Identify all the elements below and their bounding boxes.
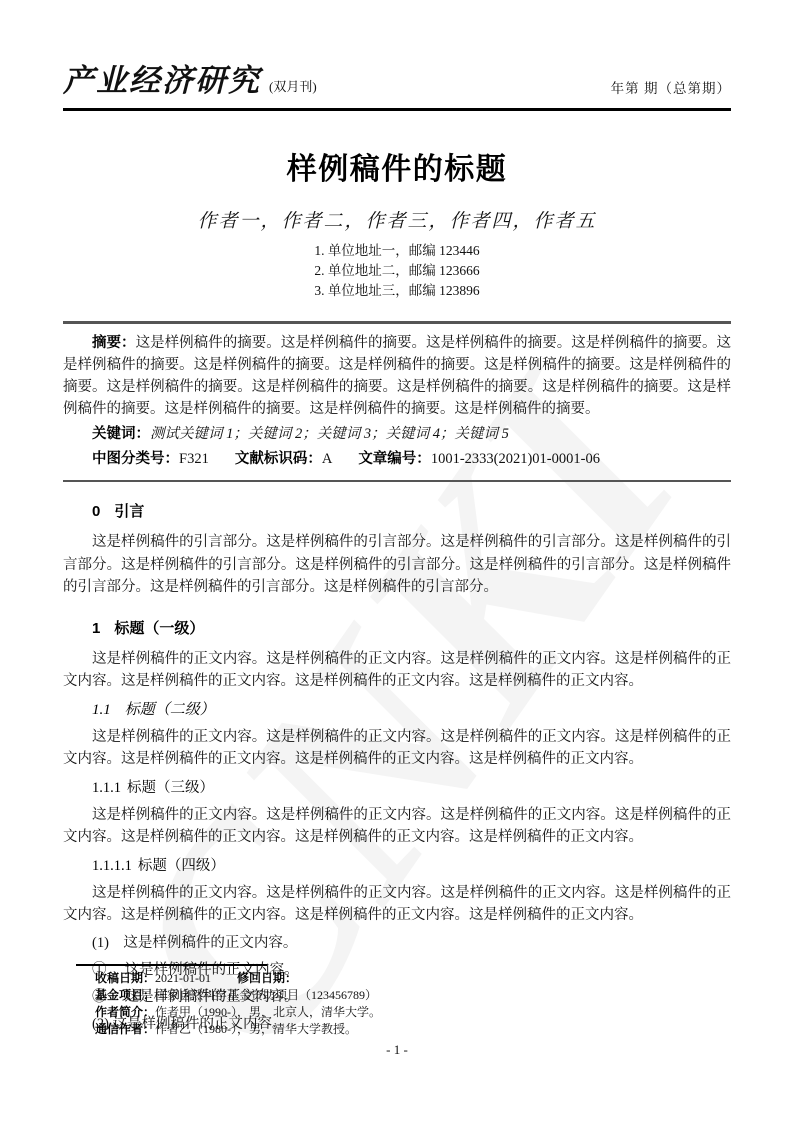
document-page: CNKI 产业经济研究 (双月刊) 年第 期（总第期） 样例稿件的标题 作者一，…: [0, 0, 794, 1123]
keywords-label: 关键词：: [92, 426, 150, 442]
affiliation-line: 1. 单位地址一，邮编 123446: [63, 241, 731, 261]
affiliation-line: 2. 单位地址二，邮编 123666: [63, 261, 731, 281]
issue-info: 年第 期（总第期）: [611, 77, 731, 100]
abstract-paragraph: 摘要：这是样例稿件的摘要。这是样例稿件的摘要。这是样例稿件的摘要。这是样例稿件的…: [63, 332, 731, 420]
footnote-dates: 收稿日期：2021-01-01修回日期：: [95, 970, 731, 987]
keywords-line: 关键词：测试关键词 1；关键词 2；关键词 3；关键词 4；关键词 5: [63, 422, 731, 446]
section-title: 引言: [114, 503, 144, 520]
authors-line: 作者一，作者二，作者三，作者四，作者五: [63, 206, 731, 233]
doc-code-pair: 文献标识码：A: [235, 451, 332, 467]
journal-masthead: 产业经济研究 (双月刊): [63, 55, 317, 100]
author-bio-value: 作者甲（1990-），男，北京人，清华大学。: [155, 1005, 381, 1019]
doc-code-value: A: [322, 451, 332, 467]
section-title: 标题（二级）: [125, 702, 215, 718]
section-title: 标题（四级）: [138, 858, 225, 874]
corresponding-value: 作者乙（1980-），男，清华大学教授。: [155, 1022, 357, 1036]
fund-value: 国家自然科学基金资助项目（123456789）: [155, 988, 377, 1002]
author-bio-label: 作者简介：: [95, 1005, 155, 1019]
article-id-value: 1001-2333(2021)01-0001-06: [431, 451, 600, 467]
article-body: 0引言 这是样例稿件的引言部分。这是样例稿件的引言部分。这是样例稿件的引言部分。…: [63, 502, 731, 1035]
section-paragraph: 这是样例稿件的引言部分。这是样例稿件的引言部分。这是样例稿件的引言部分。这是样例…: [63, 531, 731, 599]
footnote-corresponding: 通信作者：作者乙（1980-），男，清华大学教授。: [95, 1021, 731, 1038]
article-title: 样例稿件的标题: [63, 144, 731, 188]
section-heading-level2: 1.1标题（二级）: [63, 700, 731, 720]
article-id-label: 文章编号：: [358, 451, 431, 467]
section-title: 标题（三级）: [127, 780, 214, 796]
received-label: 收稿日期：: [95, 971, 155, 985]
page-number: - 1 -: [0, 1042, 794, 1058]
corresponding-label: 通信作者：: [95, 1022, 155, 1036]
footnote-block: 收稿日期：2021-01-01修回日期： 基金项目：国家自然科学基金资助项目（1…: [63, 964, 731, 1038]
section-heading-level3: 1.1.1标题（三级）: [63, 778, 731, 798]
clc-label: 中图分类号：: [92, 451, 179, 467]
journal-logo: 产业经济研究: [63, 63, 261, 98]
abstract-text: 这是样例稿件的摘要。这是样例稿件的摘要。这是样例稿件的摘要。这是样例稿件的摘要。…: [63, 335, 731, 417]
affiliation-line: 3. 单位地址三，邮编 123896: [63, 281, 731, 301]
section-title: 标题（一级）: [114, 620, 204, 637]
section-paragraph: 这是样例稿件的正文内容。这是样例稿件的正文内容。这是样例稿件的正文内容。这是样例…: [63, 804, 731, 849]
article-id-pair: 文章编号：1001-2333(2021)01-0001-06: [358, 451, 600, 467]
clc-value: F321: [179, 451, 209, 467]
doc-code-label: 文献标识码：: [235, 451, 322, 467]
journal-header: 产业经济研究 (双月刊) 年第 期（总第期）: [63, 55, 731, 111]
list-item: (1) 这是样例稿件的正文内容。: [63, 933, 731, 954]
section-number: 1.1.1: [92, 780, 121, 796]
clc-pair: 中图分类号：F321: [92, 451, 209, 467]
footnote-rule: [76, 964, 267, 966]
affiliations: 1. 单位地址一，邮编 123446 2. 单位地址二，邮编 123666 3.…: [63, 241, 731, 301]
section-number: 1.1: [92, 702, 111, 718]
keywords-text: 测试关键词 1；关键词 2；关键词 3；关键词 4；关键词 5: [150, 426, 509, 442]
header-rule: [63, 108, 731, 111]
section-number: 1: [92, 620, 100, 637]
section-paragraph: 这是样例稿件的正文内容。这是样例稿件的正文内容。这是样例稿件的正文内容。这是样例…: [63, 726, 731, 771]
section-heading-level1: 1标题（一级）: [63, 619, 731, 639]
section-paragraph: 这是样例稿件的正文内容。这是样例稿件的正文内容。这是样例稿件的正文内容。这是样例…: [63, 882, 731, 927]
revised-label: 修回日期：: [237, 971, 297, 985]
journal-frequency: (双月刊): [269, 79, 317, 94]
fund-label: 基金项目：: [95, 988, 155, 1002]
section-paragraph: 这是样例稿件的正文内容。这是样例稿件的正文内容。这是样例稿件的正文内容。这是样例…: [63, 648, 731, 693]
footnote-author-bio: 作者简介：作者甲（1990-），男，北京人，清华大学。: [95, 1004, 731, 1021]
abstract-bottom-rule: [63, 480, 731, 483]
abstract-block: 摘要：这是样例稿件的摘要。这是样例稿件的摘要。这是样例稿件的摘要。这是样例稿件的…: [63, 324, 731, 471]
section-heading-intro: 0引言: [63, 502, 731, 522]
section-number: 1.1.1.1: [92, 858, 132, 874]
footnote-fund: 基金项目：国家自然科学基金资助项目（123456789）: [95, 987, 731, 1004]
abstract-label: 摘要：: [92, 335, 136, 351]
section-heading-level4: 1.1.1.1标题（四级）: [63, 856, 731, 876]
section-number: 0: [92, 503, 100, 520]
meta-line: 中图分类号：F321文献标识码：A文章编号：1001-2333(2021)01-…: [63, 447, 731, 471]
received-value: 2021-01-01: [155, 971, 211, 985]
